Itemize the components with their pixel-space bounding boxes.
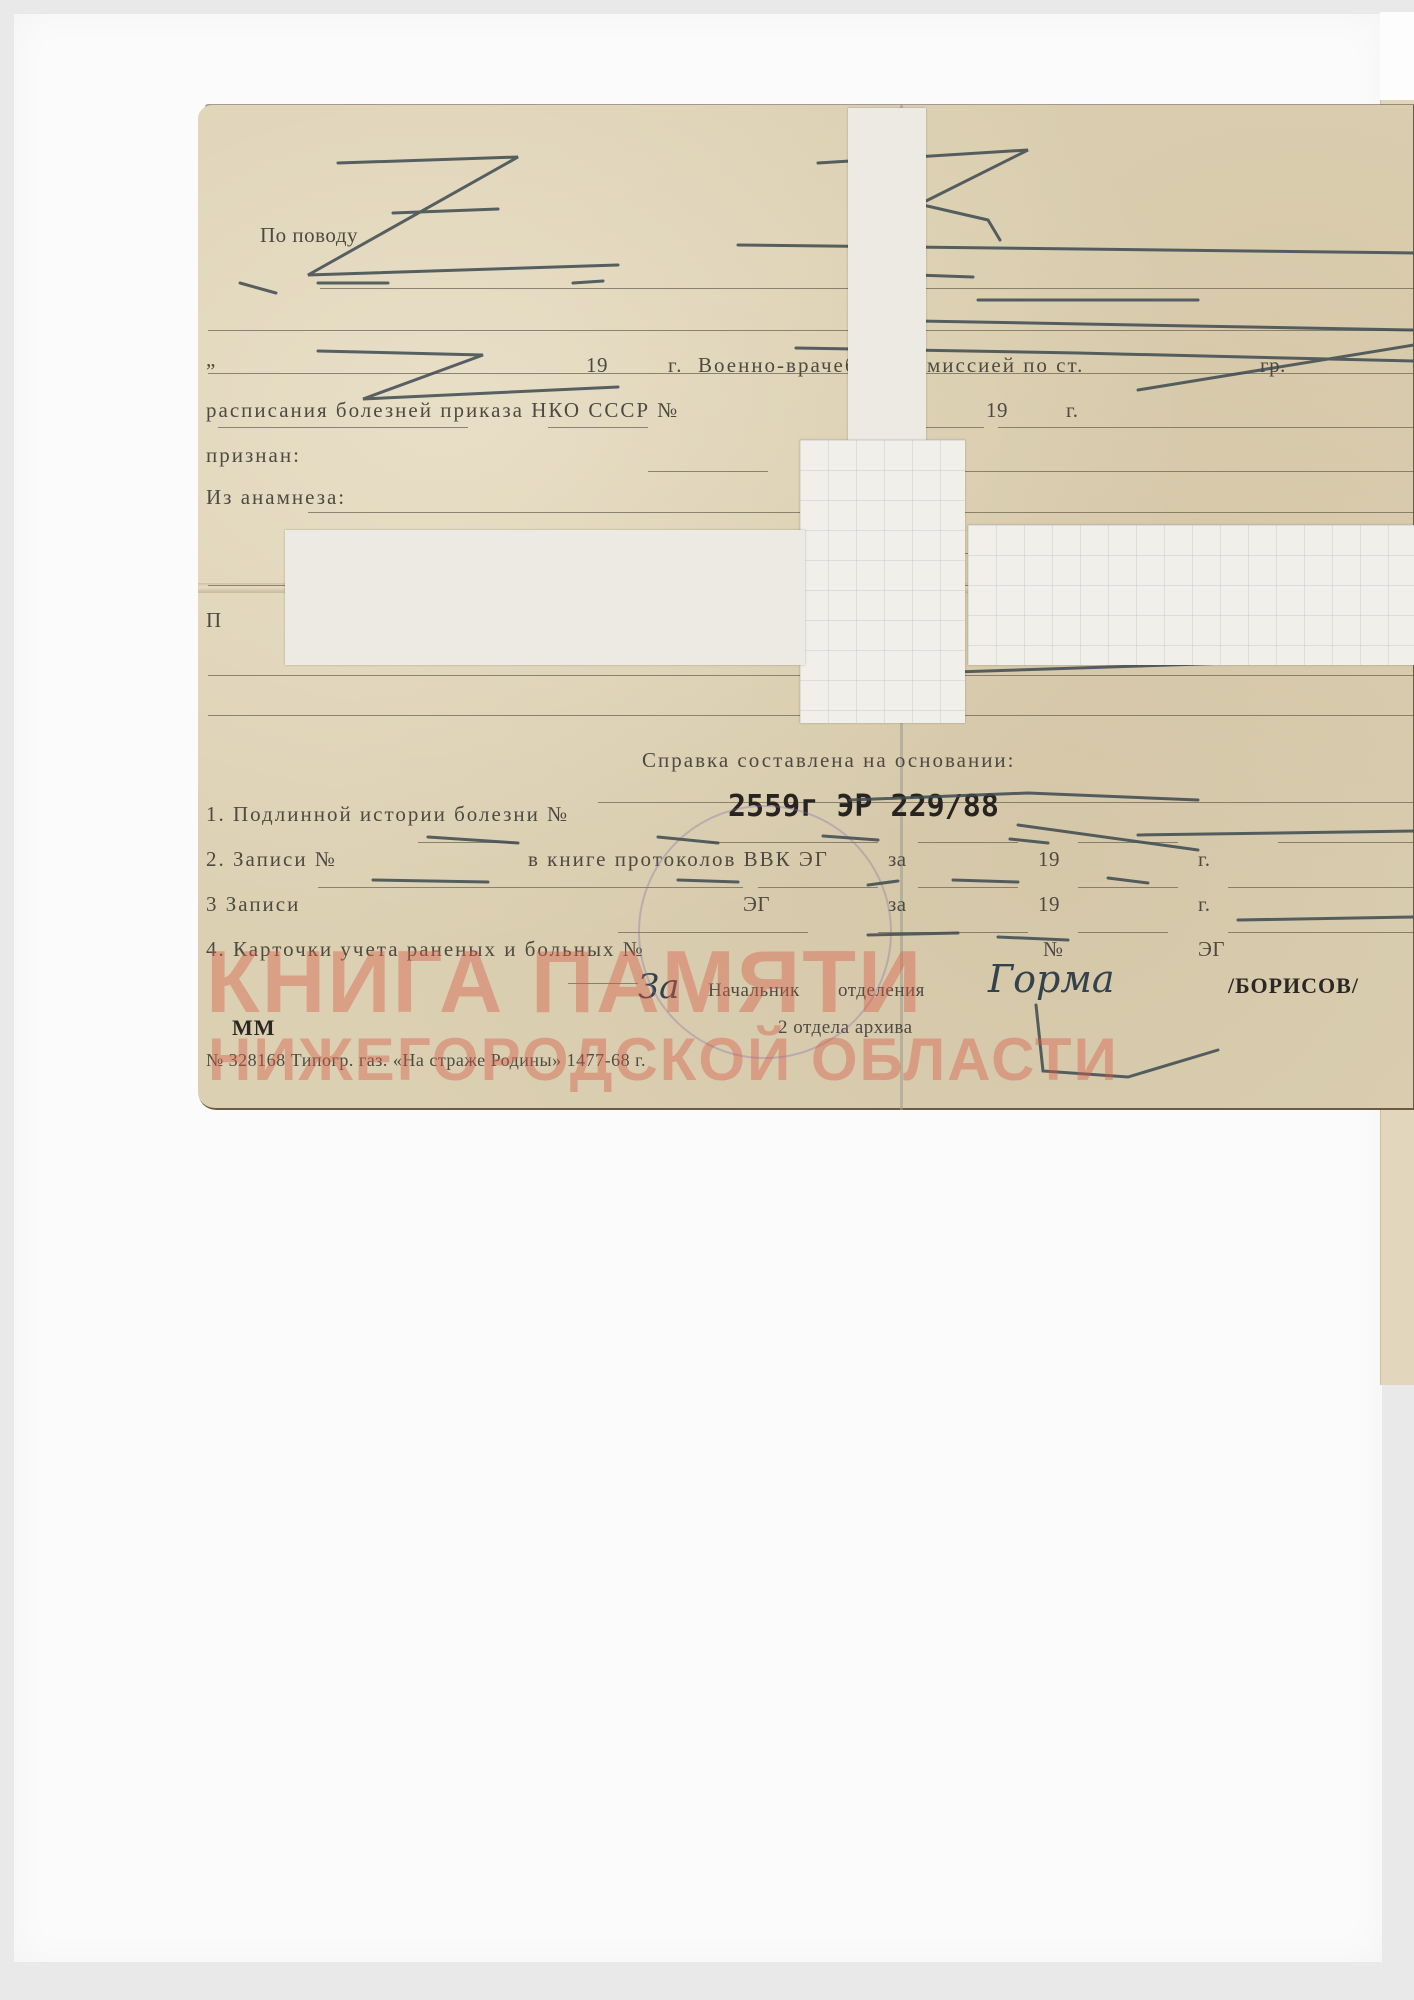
repair-tape-vertical [848,108,926,443]
certificate-card: По поводу „ 19 г. Военно-врачебной комис… [198,105,1414,1110]
repair-patch-center [800,440,965,723]
repair-tape-right [968,525,1414,665]
adjacent-page-edge-top [1380,12,1414,104]
repair-tape-left [285,530,805,665]
